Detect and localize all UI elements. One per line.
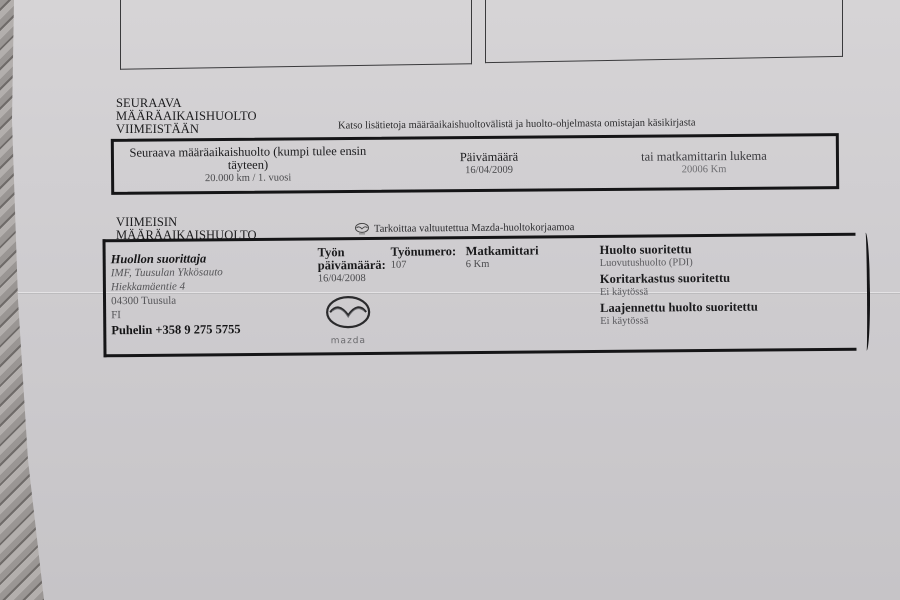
heading-line: VIIMEISTÄÄN: [116, 123, 257, 136]
next-service-box: Seuraava määräaikaishuolto (kumpi tulee …: [111, 133, 839, 195]
empty-stamp-box-right: [485, 0, 843, 63]
provider-cell: Huollon suorittaja IMF, Tuusulan Ykkösau…: [111, 251, 241, 338]
provider-title: Huollon suorittaja: [111, 251, 240, 266]
odometer-value: 6 Km: [466, 257, 539, 271]
next-service-heading: SEURAAVA MÄÄRÄAIKAISHUOLTO VIIMEISTÄÄN: [116, 97, 257, 136]
mazda-small-logo-icon: [354, 223, 370, 235]
mazda-logo: mazda: [322, 295, 374, 346]
service-booklet-page: SEURAAVA MÄÄRÄAIKAISHUOLTO VIIMEISTÄÄN K…: [0, 0, 900, 600]
authorized-dealer-note: Tarkoittaa valtuutettua Mazda-huoltokorj…: [354, 221, 575, 235]
date-value: 16/04/2009: [434, 163, 544, 177]
date-label: Päivämäärä: [434, 150, 544, 164]
mazda-wordmark: mazda: [322, 336, 374, 346]
work-number-cell: Työnumero: 107: [391, 245, 457, 272]
service-value: Ei käytössä: [600, 314, 758, 329]
authorized-dealer-text: Tarkoittaa valtuutettua Mazda-huoltokorj…: [374, 222, 575, 235]
date-cell: Päivämäärä 16/04/2009: [434, 150, 544, 177]
owner-manual-note: Katso lisätietoja määräaikaishuoltovälis…: [338, 117, 696, 131]
work-date-label-2: päivämäärä:: [318, 259, 386, 273]
work-number-label: Työnumero:: [391, 245, 457, 259]
odometer-value: 20006 Km: [624, 163, 784, 177]
provider-country: FI: [111, 307, 240, 322]
interval-value: 20.000 km / 1. vuosi: [128, 171, 368, 186]
service-value: Luovutushuolto (PDI): [600, 256, 758, 271]
provider-postal: 04300 Tuusula: [111, 293, 240, 308]
odometer-label: tai matkamittarin lukema: [624, 150, 784, 164]
last-service-box: Huollon suorittaja IMF, Tuusulan Ykkösau…: [102, 233, 856, 358]
work-date-value: 16/04/2008: [318, 272, 386, 286]
provider-name: IMF, Tuusulan Ykkösauto: [111, 265, 240, 280]
service-value: Ei käytössä: [600, 285, 758, 300]
interval-cell: Seuraava määräaikaishuolto (kumpi tulee …: [128, 145, 368, 186]
odometer-cell: tai matkamittarin lukema 20006 Km: [624, 150, 784, 177]
provider-street: Hiekkamäentie 4: [111, 279, 240, 294]
provider-phone: Puhelin +358 9 275 5755: [111, 321, 240, 338]
services-cell: Huolto suoritettu Luovutushuolto (PDI) K…: [600, 243, 758, 331]
service-label: Laajennettu huolto suoritettu: [600, 301, 758, 315]
work-date-cell: Työn päivämäärä: 16/04/2008: [318, 246, 386, 286]
empty-stamp-box-left: [120, 0, 472, 70]
odometer-cell: Matkamittari 6 Km: [466, 244, 539, 271]
mazda-logo-icon: [324, 295, 372, 329]
work-number-value: 107: [391, 258, 457, 272]
interval-label: Seuraava määräaikaishuolto (kumpi tulee …: [128, 145, 368, 173]
odometer-label: Matkamittari: [466, 244, 539, 258]
